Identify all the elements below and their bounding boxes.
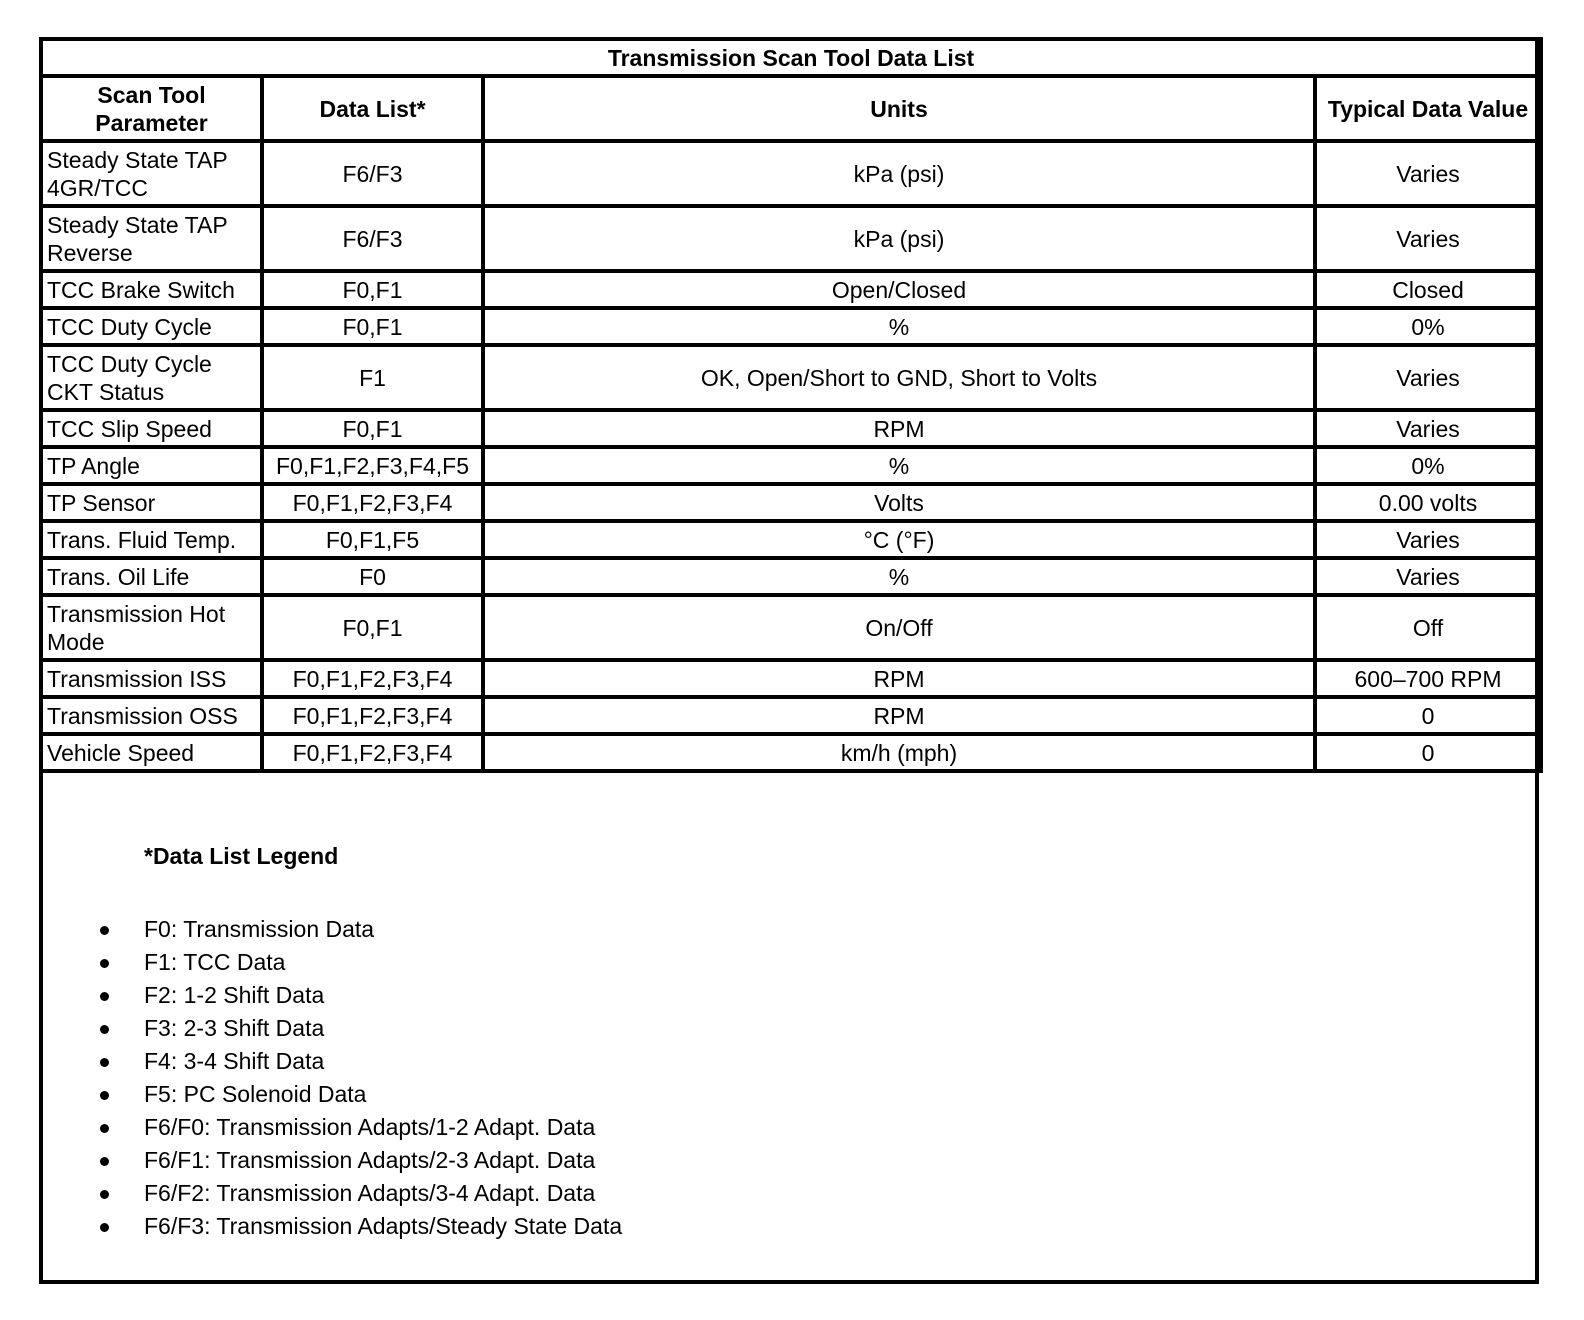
- legend-item-text: F4: 3-4 Shift Data: [144, 1048, 324, 1074]
- cell-units: °C (°F): [483, 521, 1315, 558]
- cell-units: km/h (mph): [483, 734, 1315, 771]
- cell-data-list: F0: [262, 558, 483, 595]
- cell-data-list: F0,F1,F2,F3,F4: [262, 697, 483, 734]
- cell-units: kPa (psi): [483, 141, 1315, 206]
- header-data-list: Data List*: [262, 76, 483, 141]
- legend-item: F3: 2-3 Shift Data: [43, 1012, 622, 1045]
- cell-parameter: Steady State TAP 4GR/TCC: [41, 141, 262, 206]
- cell-parameter: Vehicle Speed: [41, 734, 262, 771]
- cell-typical-value: 0: [1315, 697, 1541, 734]
- table-row: Steady State TAP 4GR/TCCF6/F3kPa (psi)Va…: [41, 141, 1541, 206]
- cell-parameter: Transmission OSS: [41, 697, 262, 734]
- table-row: TP SensorF0,F1,F2,F3,F4Volts0.00 volts: [41, 484, 1541, 521]
- cell-typical-value: Varies: [1315, 206, 1541, 271]
- cell-typical-value: Varies: [1315, 345, 1541, 410]
- legend-item: F2: 1-2 Shift Data: [43, 979, 622, 1012]
- table-row: Transmission ISSF0,F1,F2,F3,F4RPM600–700…: [41, 660, 1541, 697]
- legend-item-text: F0: Transmission Data: [144, 916, 374, 942]
- cell-parameter: Trans. Oil Life: [41, 558, 262, 595]
- legend-item-text: F5: PC Solenoid Data: [144, 1081, 366, 1107]
- cell-units: Open/Closed: [483, 271, 1315, 308]
- legend-item: F0: Transmission Data: [43, 913, 622, 946]
- cell-units: RPM: [483, 660, 1315, 697]
- cell-units: kPa (psi): [483, 206, 1315, 271]
- table-row: Steady State TAP ReverseF6/F3kPa (psi)Va…: [41, 206, 1541, 271]
- bullet-icon: [100, 959, 109, 968]
- cell-data-list: F1: [262, 345, 483, 410]
- cell-typical-value: 0: [1315, 734, 1541, 771]
- legend-item-text: F6/F1: Transmission Adapts/2-3 Adapt. Da…: [144, 1147, 595, 1173]
- legend-item: F6/F1: Transmission Adapts/2-3 Adapt. Da…: [43, 1144, 622, 1177]
- cell-typical-value: 0.00 volts: [1315, 484, 1541, 521]
- cell-typical-value: Off: [1315, 595, 1541, 660]
- legend-item-text: F1: TCC Data: [144, 949, 285, 975]
- table-row: TCC Duty CycleF0,F1%0%: [41, 308, 1541, 345]
- cell-data-list: F0,F1,F2,F3,F4: [262, 660, 483, 697]
- cell-typical-value: Varies: [1315, 521, 1541, 558]
- bullet-icon: [100, 1157, 109, 1166]
- legend-item: F4: 3-4 Shift Data: [43, 1045, 622, 1078]
- cell-typical-value: Varies: [1315, 558, 1541, 595]
- cell-units: %: [483, 447, 1315, 484]
- legend-item: F5: PC Solenoid Data: [43, 1078, 622, 1111]
- legend-item-text: F3: 2-3 Shift Data: [144, 1015, 324, 1041]
- cell-parameter: TCC Duty Cycle CKT Status: [41, 345, 262, 410]
- legend-item-text: F6/F2: Transmission Adapts/3-4 Adapt. Da…: [144, 1180, 595, 1206]
- cell-typical-value: 0%: [1315, 447, 1541, 484]
- cell-parameter: TCC Brake Switch: [41, 271, 262, 308]
- cell-typical-value: 600–700 RPM: [1315, 660, 1541, 697]
- header-units: Units: [483, 76, 1315, 141]
- table-row: Vehicle SpeedF0,F1,F2,F3,F4km/h (mph)0: [41, 734, 1541, 771]
- table-title: Transmission Scan Tool Data List: [41, 39, 1541, 76]
- cell-parameter: Transmission ISS: [41, 660, 262, 697]
- cell-data-list: F0,F1,F2,F3,F4: [262, 734, 483, 771]
- table-row: TCC Slip SpeedF0,F1RPMVaries: [41, 410, 1541, 447]
- legend-list: F0: Transmission DataF1: TCC DataF2: 1-2…: [43, 913, 622, 1243]
- legend-item-text: F6/F0: Transmission Adapts/1-2 Adapt. Da…: [144, 1114, 595, 1140]
- cell-units: %: [483, 558, 1315, 595]
- bullet-icon: [100, 1025, 109, 1034]
- legend-item: F6/F3: Transmission Adapts/Steady State …: [43, 1210, 622, 1243]
- header-parameter: Scan Tool Parameter: [41, 76, 262, 141]
- table-row: Transmission Hot ModeF0,F1On/OffOff: [41, 595, 1541, 660]
- cell-data-list: F6/F3: [262, 206, 483, 271]
- cell-data-list: F0,F1,F2,F3,F4,F5: [262, 447, 483, 484]
- bullet-icon: [100, 1091, 109, 1100]
- table-row: TCC Brake SwitchF0,F1Open/ClosedClosed: [41, 271, 1541, 308]
- legend-item-text: F6/F3: Transmission Adapts/Steady State …: [144, 1213, 622, 1239]
- table-row: Trans. Fluid Temp.F0,F1,F5°C (°F)Varies: [41, 521, 1541, 558]
- bullet-icon: [100, 1058, 109, 1067]
- document-frame: Transmission Scan Tool Data List Scan To…: [39, 37, 1539, 1284]
- cell-parameter: TCC Duty Cycle: [41, 308, 262, 345]
- cell-data-list: F0,F1,F5: [262, 521, 483, 558]
- cell-data-list: F0,F1: [262, 308, 483, 345]
- cell-data-list: F0,F1: [262, 595, 483, 660]
- cell-units: On/Off: [483, 595, 1315, 660]
- cell-data-list: F0,F1: [262, 271, 483, 308]
- cell-data-list: F6/F3: [262, 141, 483, 206]
- cell-typical-value: Varies: [1315, 410, 1541, 447]
- bullet-icon: [100, 992, 109, 1001]
- bullet-icon: [100, 1190, 109, 1199]
- legend-item-text: F2: 1-2 Shift Data: [144, 982, 324, 1008]
- cell-typical-value: 0%: [1315, 308, 1541, 345]
- bullet-icon: [100, 1124, 109, 1133]
- cell-typical-value: Varies: [1315, 141, 1541, 206]
- cell-parameter: Steady State TAP Reverse: [41, 206, 262, 271]
- table-row: Trans. Oil LifeF0%Varies: [41, 558, 1541, 595]
- bullet-icon: [100, 926, 109, 935]
- cell-parameter: TP Angle: [41, 447, 262, 484]
- legend-item: F1: TCC Data: [43, 946, 622, 979]
- cell-data-list: F0,F1,F2,F3,F4: [262, 484, 483, 521]
- cell-parameter: TCC Slip Speed: [41, 410, 262, 447]
- cell-parameter: Trans. Fluid Temp.: [41, 521, 262, 558]
- legend-title: *Data List Legend: [144, 843, 338, 870]
- legend-item: F6/F0: Transmission Adapts/1-2 Adapt. Da…: [43, 1111, 622, 1144]
- table-row: TCC Duty Cycle CKT StatusF1OK, Open/Shor…: [41, 345, 1541, 410]
- table-row: Transmission OSSF0,F1,F2,F3,F4RPM0: [41, 697, 1541, 734]
- scan-tool-data-table: Transmission Scan Tool Data List Scan To…: [39, 37, 1543, 773]
- cell-data-list: F0,F1: [262, 410, 483, 447]
- cell-units: %: [483, 308, 1315, 345]
- cell-parameter: TP Sensor: [41, 484, 262, 521]
- cell-units: Volts: [483, 484, 1315, 521]
- table-row: TP AngleF0,F1,F2,F3,F4,F5%0%: [41, 447, 1541, 484]
- cell-units: RPM: [483, 697, 1315, 734]
- legend-item: F6/F2: Transmission Adapts/3-4 Adapt. Da…: [43, 1177, 622, 1210]
- bullet-icon: [100, 1223, 109, 1232]
- header-typical-value: Typical Data Value: [1315, 76, 1541, 141]
- cell-units: OK, Open/Short to GND, Short to Volts: [483, 345, 1315, 410]
- cell-parameter: Transmission Hot Mode: [41, 595, 262, 660]
- cell-units: RPM: [483, 410, 1315, 447]
- cell-typical-value: Closed: [1315, 271, 1541, 308]
